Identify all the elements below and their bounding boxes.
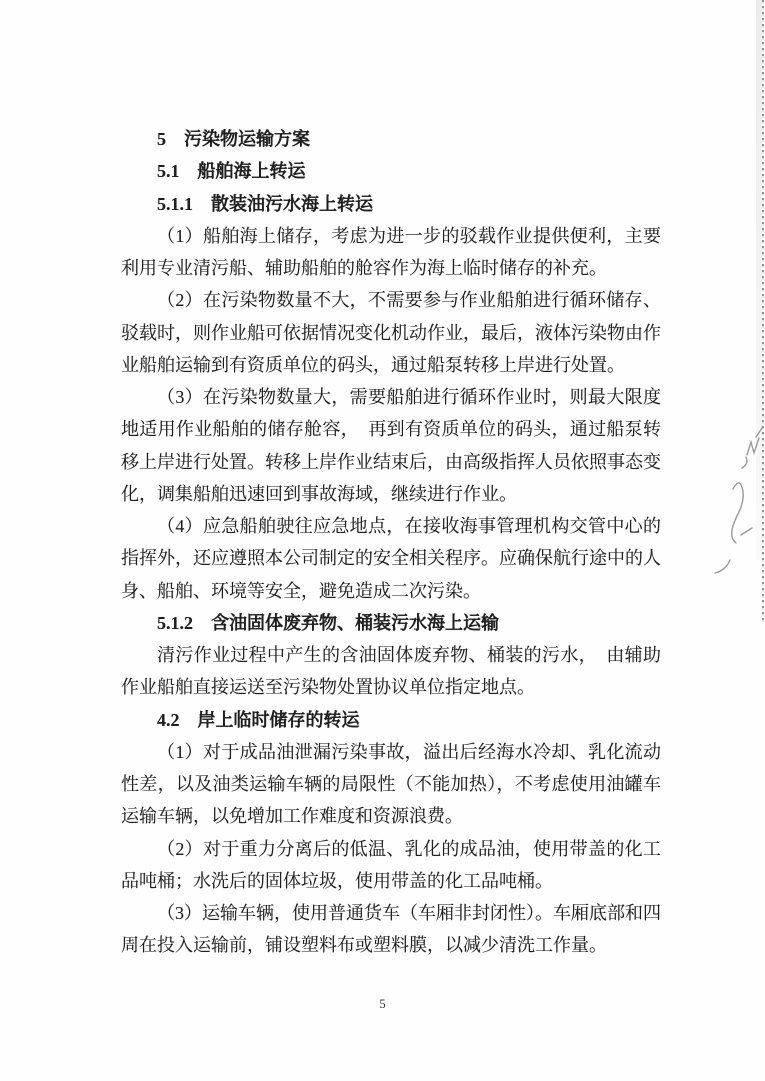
heading-section-5: 5 污染物运输方案: [121, 123, 661, 155]
document-page: 5 污染物运输方案 5.1 船舶海上转运 5.1.1 散装油污水海上转运 （1）…: [0, 0, 765, 1081]
page-number: 5: [0, 996, 765, 1012]
document-body: 5 污染物运输方案 5.1 船舶海上转运 5.1.1 散装油污水海上转运 （1）…: [121, 123, 661, 962]
paragraph-oily-solid-waste: 清污作业过程中产生的含油固体废弃物、桶装的污水， 由辅助作业船舶直接运送至污染物…: [121, 639, 661, 704]
heading-section-5-1-2: 5.1.2 含油固体废弃物、桶装污水海上运输: [121, 607, 661, 639]
paragraph-small-quantity: （2）在污染物数量不大，不需要参与作业船舶进行循环储存、驳载时，则作业船可依据情…: [121, 284, 661, 381]
paragraph-chemical-drums: （2）对于重力分离后的低温、乳化的成品油，使用带盖的化工品吨桶；水洗后的固体垃圾…: [121, 833, 661, 898]
heading-section-4-2: 4.2 岸上临时储存的转运: [121, 704, 661, 736]
paragraph-emergency-vessel: （4）应急船舶驶往应急地点，在接收海事管理机构交管中心的指挥外，还应遵照本公司制…: [121, 510, 661, 607]
paragraph-oil-spill-cooling: （1）对于成品油泄漏污染事故，溢出后经海水冷却、乳化流动性差，以及油类运输车辆的…: [121, 736, 661, 833]
heading-section-5-1: 5.1 船舶海上转运: [121, 155, 661, 187]
heading-section-5-1-1: 5.1.1 散装油污水海上转运: [121, 188, 661, 220]
paragraph-large-quantity: （3）在污染物数量大，需要船舶进行循环作业时，则最大限度地适用作业船舶的储存舱容…: [121, 381, 661, 510]
paragraph-transport-truck: （3）运输车辆，使用普通货车（车厢非封闭性）。车厢底部和四周在投入运输前，铺设塑…: [121, 897, 661, 962]
paragraph-ship-storage: （1）船舶海上储存，考虑为进一步的驳载作业提供便利，主要利用专业清污船、辅助船舶…: [121, 220, 661, 285]
handwritten-mark-icon: [703, 413, 765, 581]
